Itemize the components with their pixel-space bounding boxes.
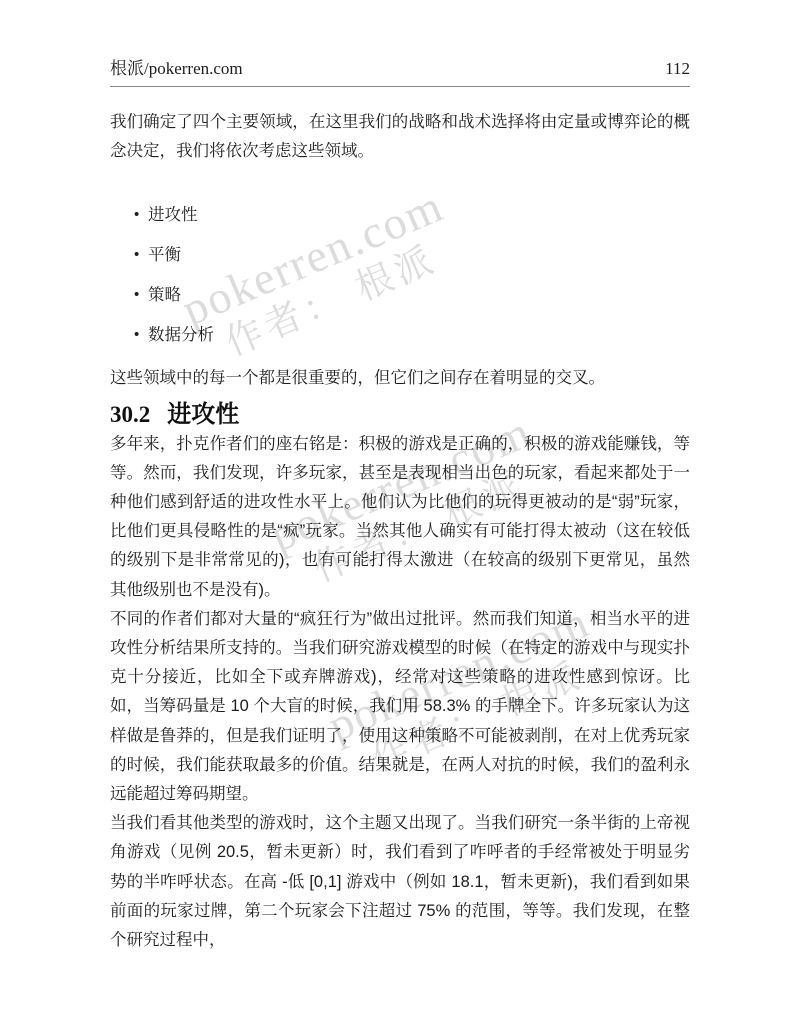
list-item-label: 数据分析 xyxy=(148,324,214,346)
page-body: 我们确定了四个主要领域，在这里我们的战略和战术选择将由定量或博弈论的概念决定，我… xyxy=(110,108,690,955)
header-site-label: 根派/pokerren.com xyxy=(110,58,243,80)
list-item: • 数据分析 xyxy=(110,324,690,346)
list-item-label: 平衡 xyxy=(148,244,181,266)
summary-paragraph: 这些领域中的每一个都是很重要的，但它们之间存在着明显的交叉。 xyxy=(110,364,690,393)
list-item: • 进攻性 xyxy=(110,204,690,226)
topic-list: • 进攻性 • 平衡 • 策略 • 数据分析 xyxy=(110,204,690,346)
page-number: 112 xyxy=(665,58,690,80)
body-paragraph: 多年来，扑克作者们的座右铭是：积极的游戏是正确的，积极的游戏能赚钱，等等。然而，… xyxy=(110,430,690,605)
body-paragraph: 当我们看其他类型的游戏时，这个主题又出现了。当我们研究一条半街的上帝视角游戏（见… xyxy=(110,809,690,955)
bullet-icon: • xyxy=(134,244,148,266)
section-number: 30.2 xyxy=(110,400,150,430)
section-title: 进攻性 xyxy=(167,400,239,430)
bullet-icon: • xyxy=(134,324,148,346)
bullet-icon: • xyxy=(134,204,148,226)
bullet-icon: • xyxy=(134,284,148,306)
list-item-label: 进攻性 xyxy=(148,204,198,226)
document-page: pokerren.com 作者： 根派 pokerren.com 作者： 根派 … xyxy=(0,0,800,1035)
intro-paragraph: 我们确定了四个主要领域，在这里我们的战略和战术选择将由定量或博弈论的概念决定，我… xyxy=(110,108,690,166)
page-header: 根派/pokerren.com 112 xyxy=(110,58,690,87)
list-item-label: 策略 xyxy=(148,284,181,306)
list-item: • 策略 xyxy=(110,284,690,306)
section-heading: 30.2 进攻性 xyxy=(110,400,690,430)
list-item: • 平衡 xyxy=(110,244,690,266)
body-paragraph: 不同的作者们都对大量的“疯狂行为”做出过批评。然而我们知道，相当水平的进攻性分析… xyxy=(110,605,690,809)
